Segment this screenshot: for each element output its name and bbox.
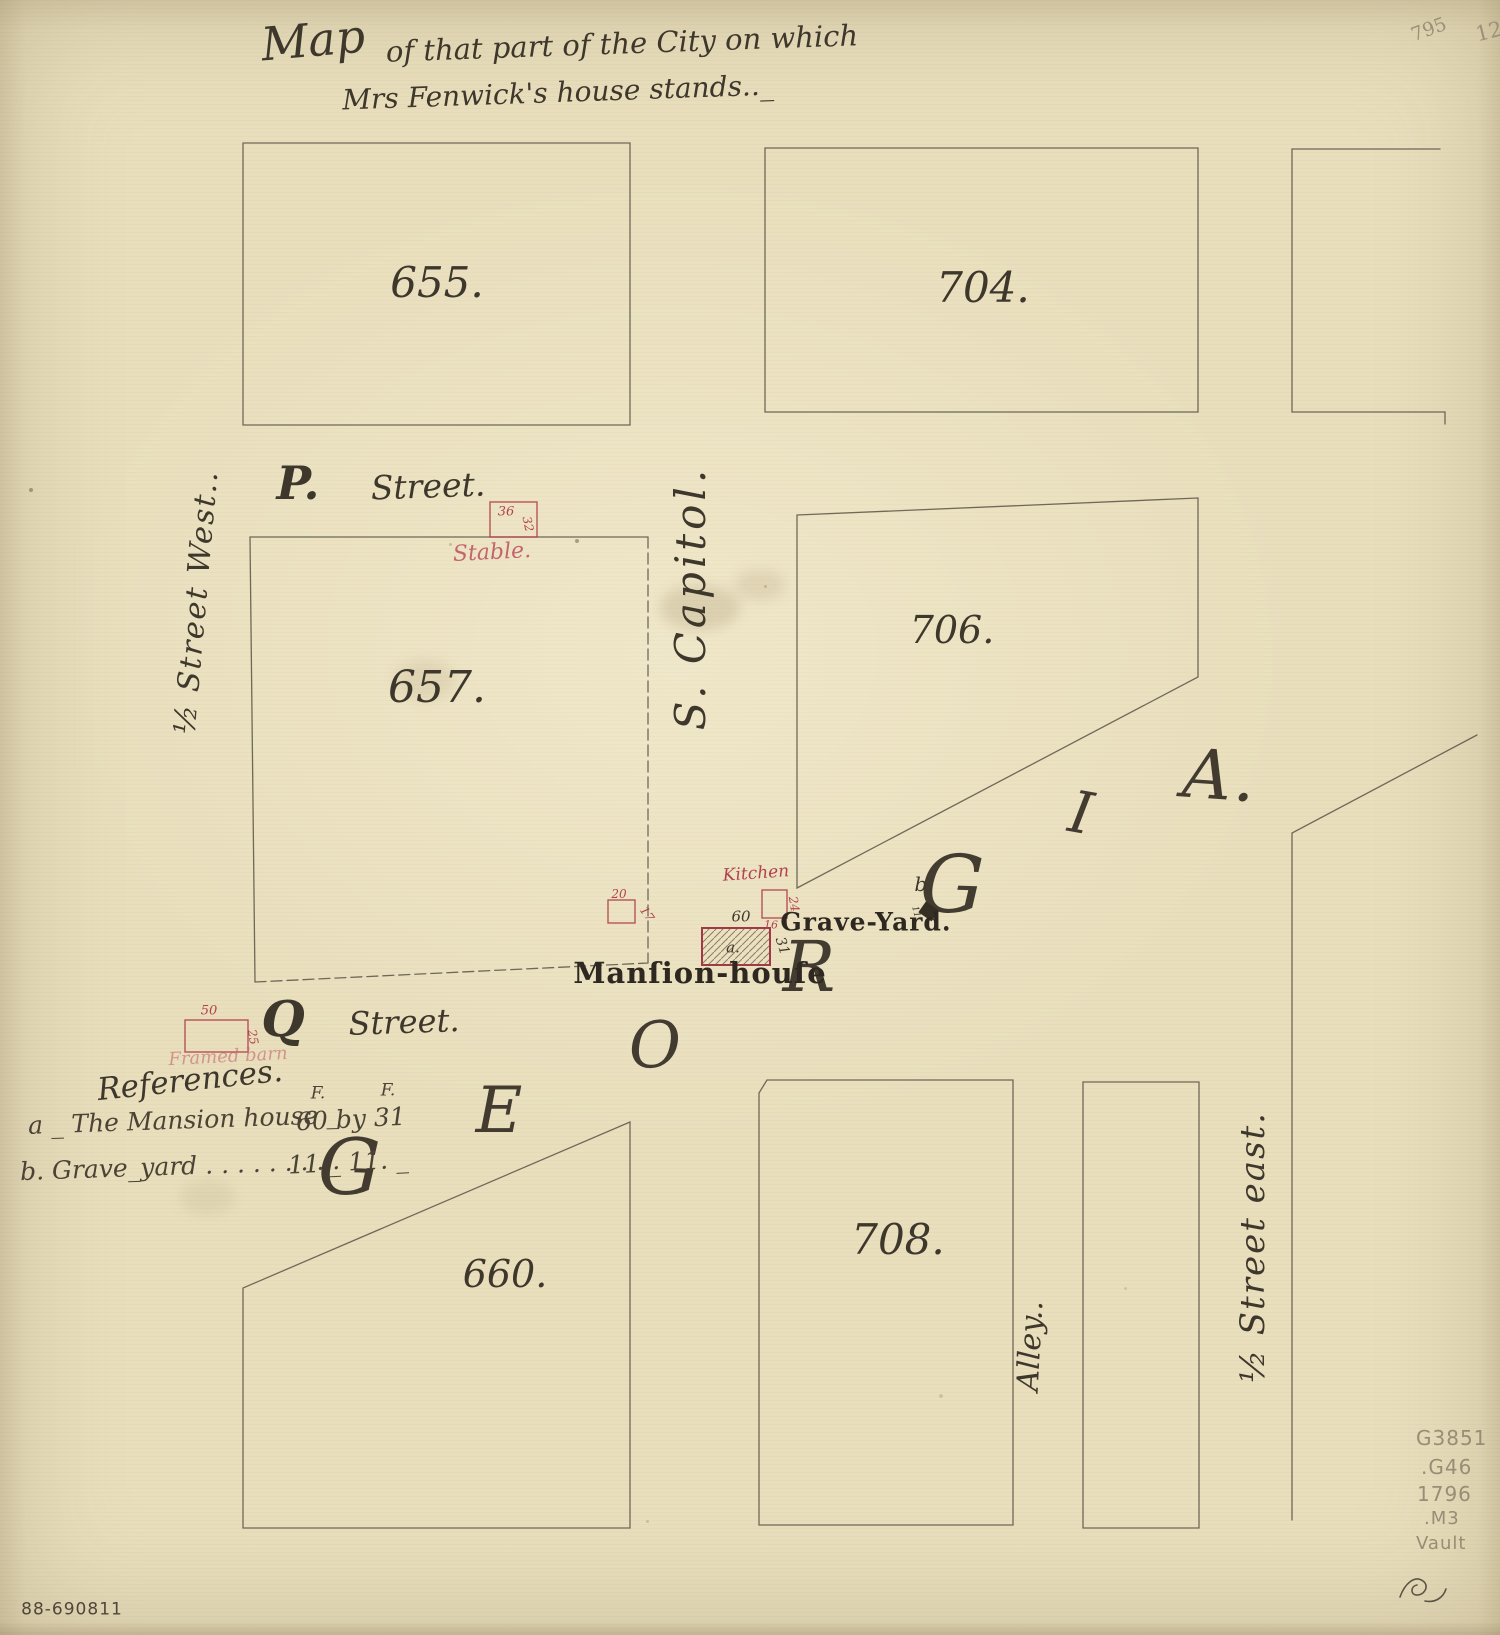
alley-label: Alley.. [1014,1300,1049,1392]
ink-speck [764,585,767,588]
reference-unit-feet-1: F. [311,1086,326,1103]
outbuilding-outline [608,900,635,923]
p-street-word: Street. [370,468,486,505]
stable-front-dim: 36 [498,506,515,519]
half-street-east-label: ½ Street east. [1236,1111,1270,1383]
pencil-note-12: 12 [1473,19,1500,46]
call-number-line1: G3851 [1416,1428,1487,1448]
block-657-dashed-edges [255,537,648,982]
block-label-657: 657. [388,666,486,710]
georgia-letter-o: O [628,1013,685,1079]
outbuilding-front-dim: 20 [611,888,626,900]
mansion-house-label: Manſion-houſe [573,959,826,988]
call-number-line3: 1796 [1417,1484,1472,1504]
block-alley-outline [1083,1082,1199,1528]
kitchen-label: Kitchen [722,863,789,885]
block-label-660: 660. [463,1255,548,1293]
barn-side-dim: 25 [246,1028,260,1045]
negative-number: 88-690811 [21,1602,123,1619]
mansion-front-dim: 60 [731,910,750,925]
map-title-word: Map [259,13,367,68]
reference-item-a-value: 60 by 31 [295,1104,406,1135]
ink-speck [646,1520,649,1523]
flourish-mark [1400,1579,1446,1601]
historic-map-canvas: Map of that part of the City on which Mr… [0,0,1500,1635]
map-linework [0,0,1500,1635]
call-number-line2: .G46 [1421,1457,1472,1477]
q-street-word: Street. [348,1004,460,1040]
p-street-initial: P. [277,460,320,506]
block-label-708: 708. [851,1219,945,1261]
reference-item-b-value: 11 _ 11. _ [287,1146,409,1177]
graveyard-label: Grave-Yard. [780,910,951,935]
reference-unit-feet-2: F. [381,1083,396,1100]
block-706-outline [797,498,1198,888]
call-number-line4: .M3 [1424,1510,1460,1528]
georgia-letter-e: E [476,1079,525,1143]
block-660-outline [243,1122,630,1528]
block-label-655: 655. [390,262,484,304]
block-label-704: 704. [936,267,1030,309]
stable-side-dim: 32 [521,515,536,532]
ink-speck [575,539,579,543]
block-657-outline [250,537,648,982]
mansion-letter: a. [726,941,740,956]
graveyard-letter: b. [914,874,933,894]
kitchen-front-dim: 16 [764,920,778,931]
paper-stain [735,570,785,600]
call-number-line5: Vault [1416,1535,1466,1553]
ink-speck [939,1394,943,1398]
s-capitol-street-label: S. Capitol. [670,466,712,730]
q-street-initial: Q [261,994,305,1044]
block-east-outline [1292,735,1477,1520]
block-708-outline [759,1080,1013,1525]
georgia-letter-a: A. [1180,740,1259,813]
barn-front-dim: 50 [201,1005,218,1018]
paper-stain [180,1180,235,1215]
block-topright-outline [1292,149,1445,424]
ink-speck [1124,1287,1127,1290]
stable-label: Stable. [452,540,531,566]
ink-speck [29,488,33,492]
block-label-706: 706. [910,611,995,649]
